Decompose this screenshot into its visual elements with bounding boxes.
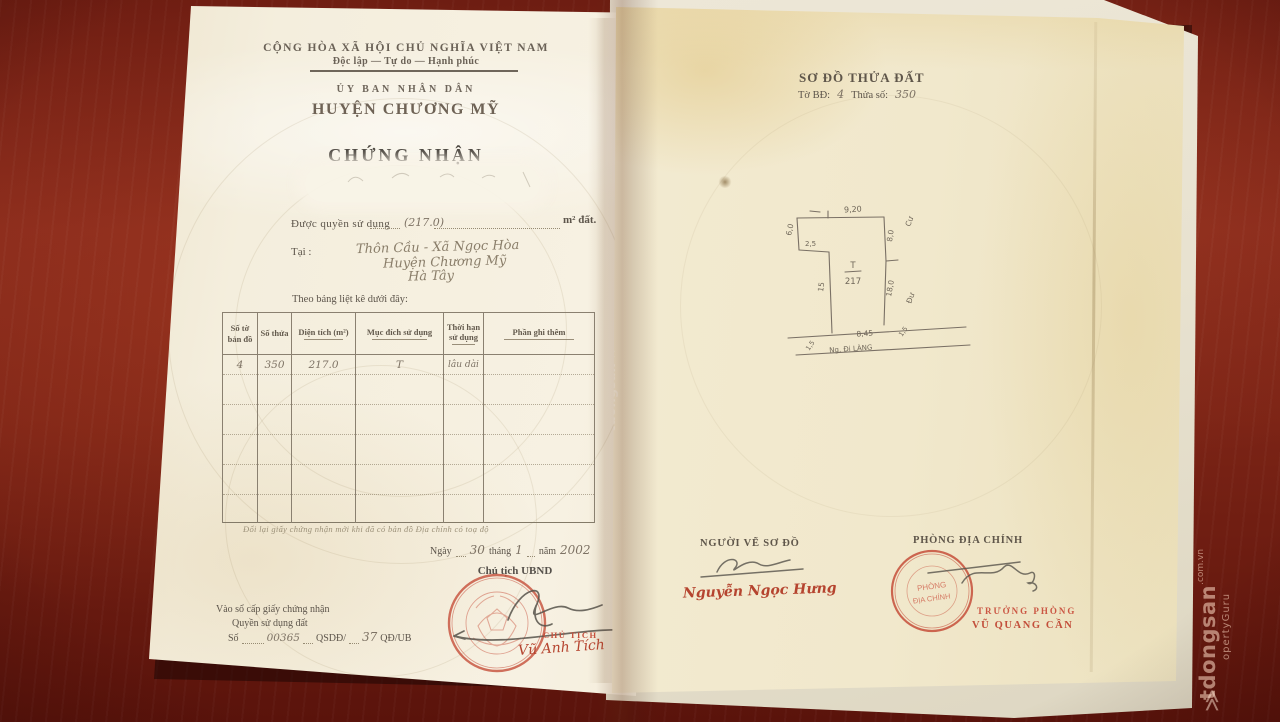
side-watermark-site: tdongsan: [1196, 585, 1220, 700]
side-watermark-brand: opertyGuru: [1221, 535, 1232, 700]
side-watermark-logo: ≫: [1200, 689, 1225, 712]
photo-vignette: [0, 0, 1280, 722]
side-watermark-domain: .com.vn: [1196, 549, 1206, 585]
photo-of-land-certificate: CỘNG HÒA XÃ HỘI CHỦ NGHĨA VIỆT NAM Độc l…: [0, 0, 1280, 722]
side-watermark: tdongsan.com.vn opertyGuru: [1196, 535, 1232, 700]
